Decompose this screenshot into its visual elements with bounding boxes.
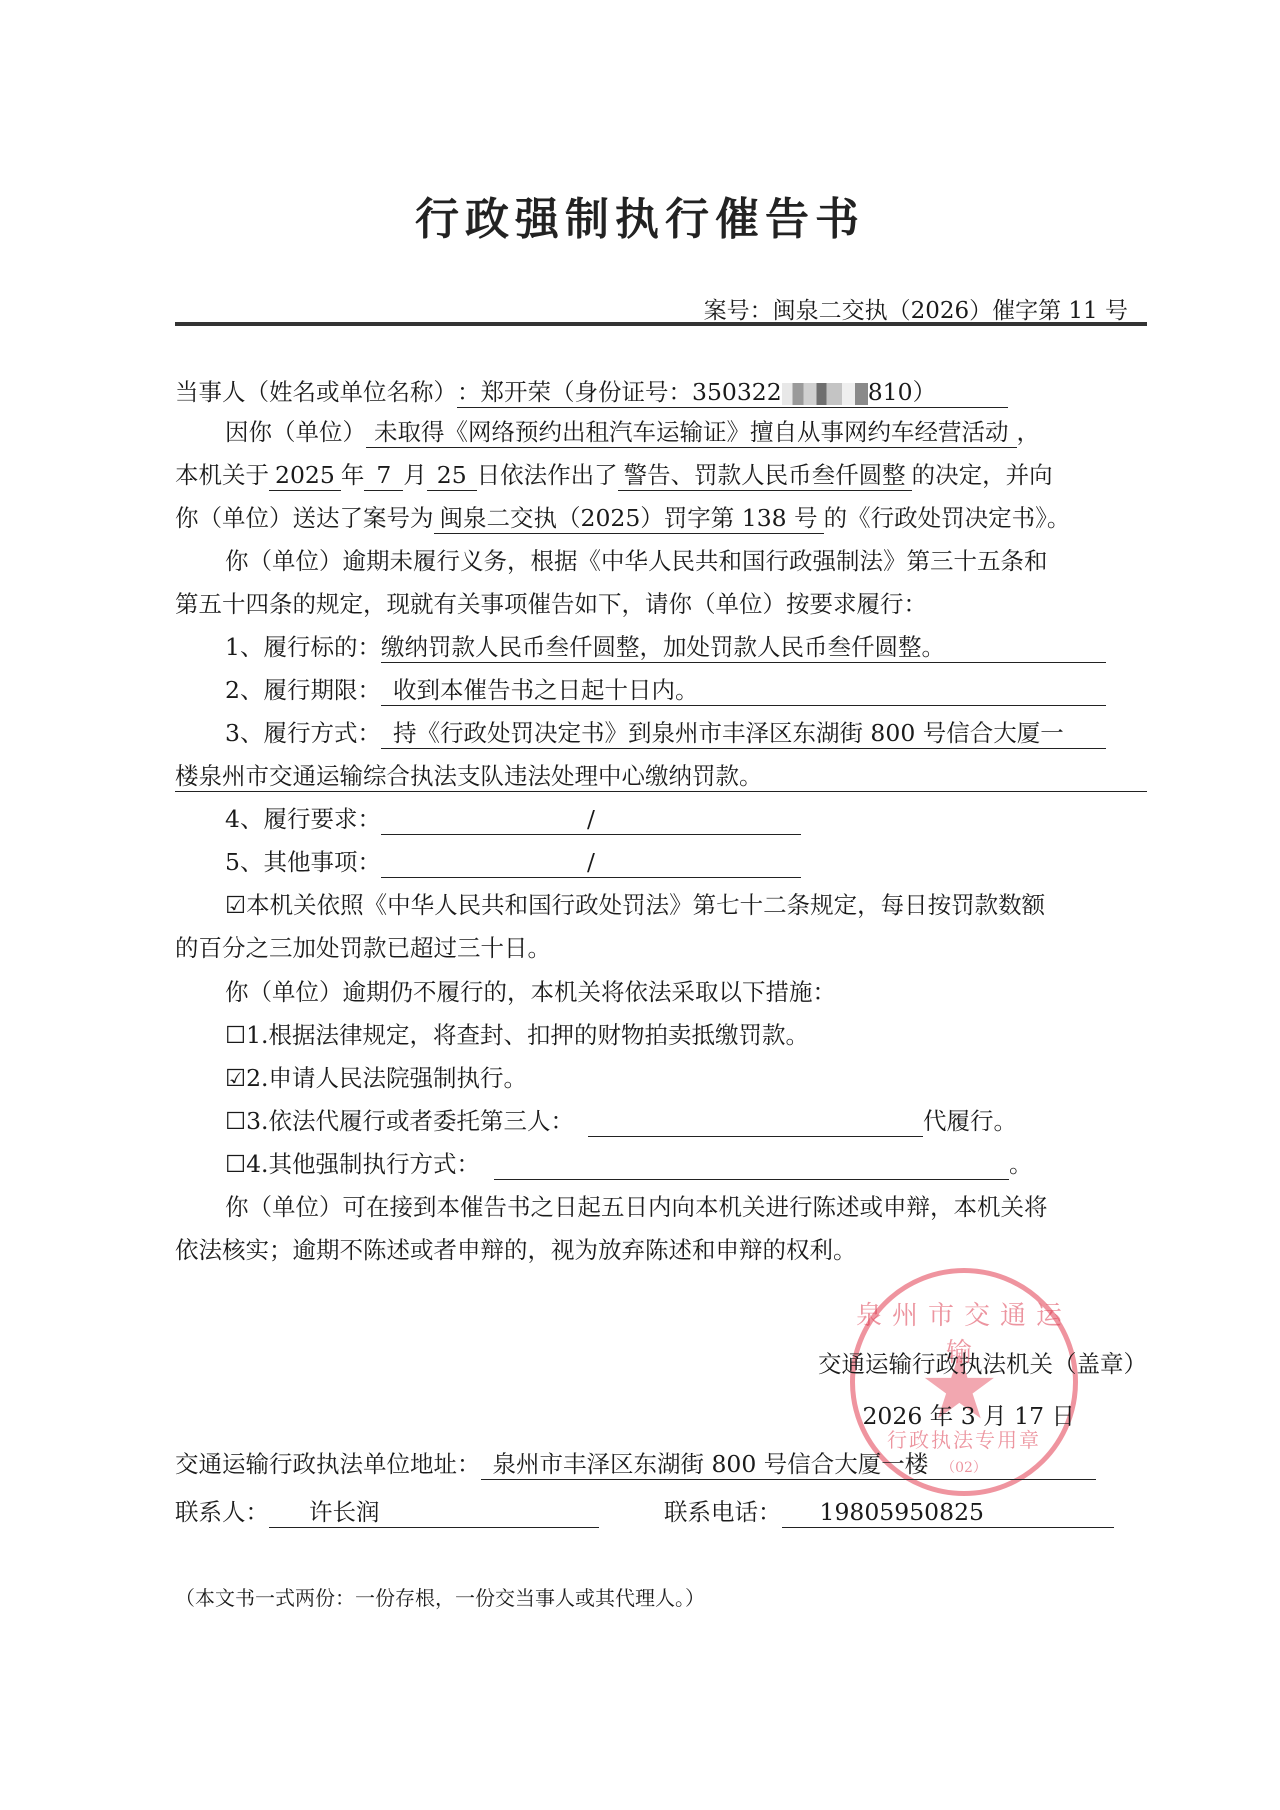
measures-intro: 你（单位）逾期仍不履行的，本机关将依法采取以下措施： <box>175 974 1147 1010</box>
item-2-value: 收到本催告书之日起十日内。 <box>381 675 1106 706</box>
penalty-case-number: 闽泉二交执（2025）罚字第 138 号 <box>434 503 824 534</box>
footer-note: （本文书一式两份：一份存根，一份交当事人或其代理人。） <box>175 1582 705 1611</box>
surcharge-checkbox[interactable]: ☑ <box>225 891 246 919</box>
address-line: 交通运输行政执法单位地址：泉州市丰泽区东湖街 800 号信合大厦一楼 <box>175 1446 1147 1482</box>
surcharge-line1: ☑本机关依照《中华人民共和国行政处罚法》第七十二条规定，每日按罚款数额 <box>175 887 1147 923</box>
header-rule <box>175 322 1147 326</box>
measure-3-checkbox[interactable]: ☐ <box>225 1107 246 1135</box>
item-1: 1、履行标的：缴纳罚款人民币叁仟圆整，加处罚款人民币叁仟圆整。 <box>175 629 1147 665</box>
item-2: 2、履行期限：收到本催告书之日起十日内。 <box>175 672 1147 708</box>
item-5-value: / <box>381 847 801 878</box>
measure-option-1: ☐1.根据法律规定，将查封、扣押的财物拍卖抵缴罚款。 <box>175 1017 1147 1053</box>
para2-line1: 你（单位）逾期未履行义务，根据《中华人民共和国行政强制法》第三十五条和 <box>175 543 1147 579</box>
decision-year: 2025 <box>269 460 341 491</box>
party-label: 当事人（姓名或单位名称） <box>175 378 457 406</box>
item-3-value-cont: 楼泉州市交通运输综合执法支队违法处理中心缴纳罚款。 <box>175 761 1147 792</box>
statement-line1: 你（单位）可在接到本催告书之日起五日内向本机关进行陈述或申辩，本机关将 <box>175 1189 1147 1225</box>
document-title: 行政强制执行催告书 <box>0 183 1280 247</box>
item-5: 5、其他事项：/ <box>175 844 1147 880</box>
contact-phone: 19805950825 <box>782 1497 1114 1528</box>
item-3-cont: 楼泉州市交通运输综合执法支队违法处理中心缴纳罚款。 <box>175 758 1147 794</box>
measure-4-checkbox[interactable]: ☐ <box>225 1150 246 1178</box>
para2-line2: 第五十四条的规定，现就有关事项催告如下，请你（单位）按要求履行： <box>175 586 1147 622</box>
decision-day: 25 <box>427 460 477 491</box>
surcharge-line2: 的百分之三加处罚款已超过三十日。 <box>175 930 1147 966</box>
contact-person: 许长润 <box>269 1497 599 1528</box>
para1-line3: 你（单位）送达了案号为闽泉二交执（2025）罚字第 138 号的《行政处罚决定书… <box>175 500 1147 536</box>
measure-2-checkbox[interactable]: ☑ <box>225 1064 246 1092</box>
para1-line2: 本机关于2025年7月25日依法作出了警告、罚款人民币叁仟圆整的决定，并向 <box>175 457 1147 493</box>
issue-date: 2026 年 3 月 17 日 <box>862 1397 1075 1431</box>
redacted-id-blur <box>782 383 868 405</box>
authority-seal-label: 交通运输行政执法机关（盖章） <box>818 1345 1147 1379</box>
measure-option-4: ☐4.其他强制执行方式： 。 <box>175 1146 1147 1182</box>
address-value: 泉州市丰泽区东湖街 800 号信合大厦一楼 <box>481 1449 1096 1480</box>
item-4: 4、履行要求：/ <box>175 801 1147 837</box>
document-page: 行政强制执行催告书 案号：闽泉二交执（2026）催字第 11 号 当事人（姓名或… <box>0 0 1280 1810</box>
item-3: 3、履行方式：持《行政处罚决定书》到泉州市丰泽区东湖街 800 号信合大厦一 <box>175 715 1147 751</box>
measure-option-3: ☐3.依法代履行或者委托第三人： 代履行。 <box>175 1103 1147 1139</box>
statement-line2: 依法核实；逾期不陈述或者申辩的，视为放弃陈述和申辩的权利。 <box>175 1232 1147 1268</box>
third-party-blank <box>588 1106 923 1137</box>
item-1-value: 缴纳罚款人民币叁仟圆整，加处罚款人民币叁仟圆整。 <box>381 632 1106 663</box>
party-line: 当事人（姓名或单位名称）：郑开荣（身份证号：350322810） <box>175 374 1147 410</box>
item-4-value: / <box>381 804 801 835</box>
decision-month: 7 <box>364 460 403 491</box>
violation-reason: 未取得《网络预约出租汽车运输证》擅自从事网约车经营活动 <box>366 417 1017 448</box>
para1-line1: 因你（单位）未取得《网络预约出租汽车运输证》擅自从事网约车经营活动， <box>175 414 1147 450</box>
measure-1-checkbox[interactable]: ☐ <box>225 1021 246 1049</box>
decision-content: 警告、罚款人民币叁仟圆整 <box>618 460 912 491</box>
item-3-value: 持《行政处罚决定书》到泉州市丰泽区东湖街 800 号信合大厦一 <box>381 718 1106 749</box>
party-value: ：郑开荣（身份证号：350322810） <box>457 377 1008 408</box>
case-number: 案号：闽泉二交执（2026）催字第 11 号 <box>704 292 1128 325</box>
contact-line: 联系人：许长润联系电话：19805950825 <box>175 1494 1147 1530</box>
other-method-blank <box>494 1149 1009 1180</box>
measure-option-2: ☑2.申请人民法院强制执行。 <box>175 1060 1147 1096</box>
